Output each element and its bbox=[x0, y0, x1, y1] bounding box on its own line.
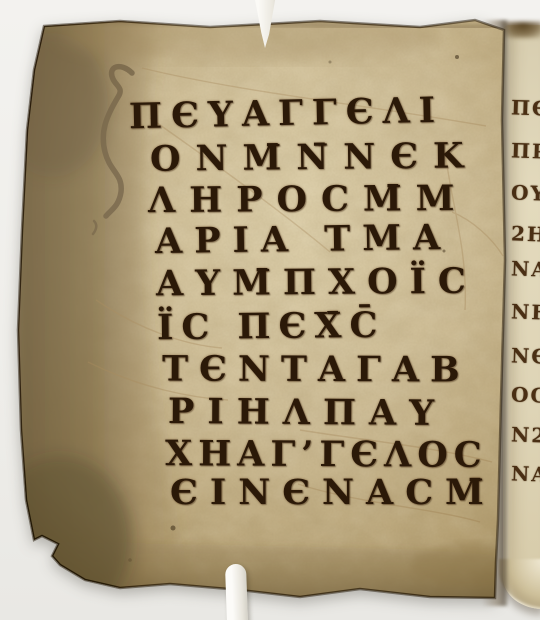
coptic-line-2: ΟΝΜ̄Ν̄ΝЄΚ bbox=[150, 135, 479, 179]
coptic-line-1: ΠЄΥΑΓΓЄΛΙ bbox=[129, 90, 445, 138]
bottom-support-stick bbox=[225, 564, 248, 620]
coptic-line-6: ΪC ΠЄΧ̄C̄ bbox=[157, 305, 386, 348]
coptic-line-9: ΧΗΑΓ’ΓЄΛΟC bbox=[165, 433, 488, 476]
coptic-text-block: ΠЄΥΑΓΓЄΛΙ ΟΝΜ̄Ν̄ΝЄΚ ΛΗΡΟCΜ̄Μ ΑΡΙΑ ΤΜΑ ΑΥ… bbox=[0, 0, 540, 620]
coptic-line-3: ΛΗΡΟCΜ̄Μ bbox=[148, 178, 469, 221]
manuscript-photo: ΠЄ ΠΡ ΟΥ 2Η ΝΑ ΝΗ ΝЄ ΟC Ν2 ΝΑ bbox=[0, 0, 540, 620]
coptic-line-4: ΑΡΙΑ ΤΜΑ bbox=[155, 217, 453, 262]
coptic-line-5: ΑΥΜ̄ΠΧΟΪC bbox=[156, 261, 478, 305]
coptic-line-10: ЄΙΝЄΝΑCΜ̄ bbox=[170, 472, 496, 513]
coptic-line-8: ΡΙΗΛΠΑΥ bbox=[168, 391, 447, 434]
coptic-line-7: ΤЄΝΤΑΓΑΒ bbox=[162, 348, 471, 390]
